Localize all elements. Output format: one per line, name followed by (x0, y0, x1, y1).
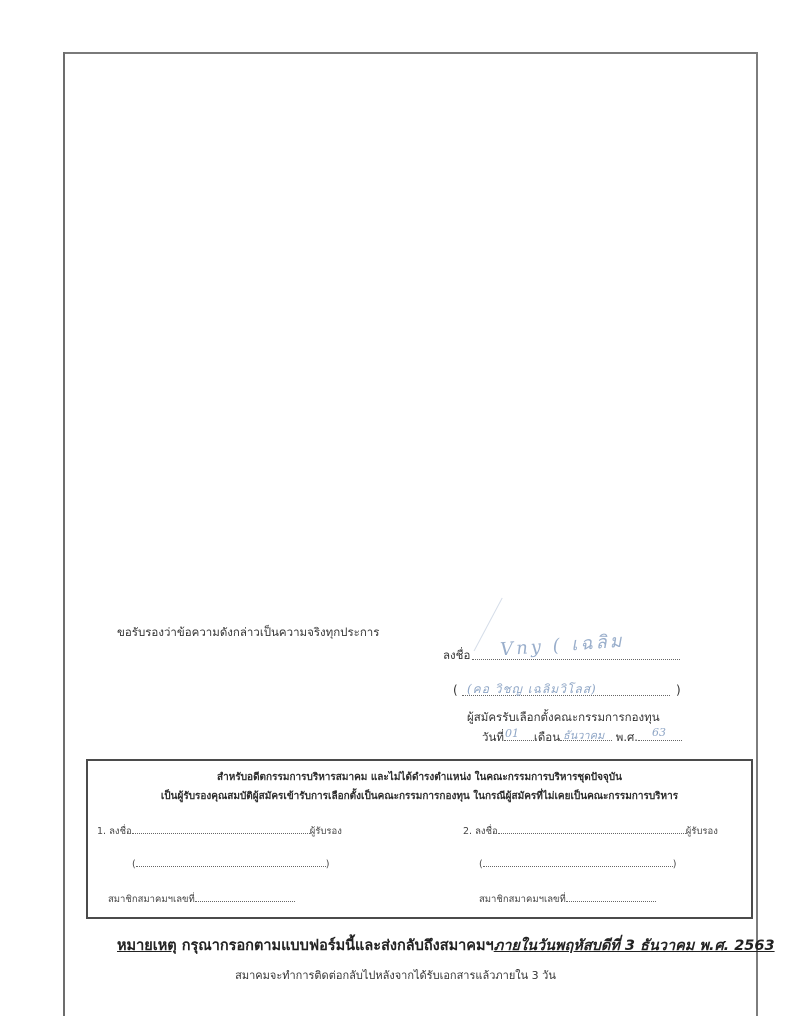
footer-sub-note: สมาคมจะทำการติดต่อกลับไปหลังจากได้รับเอก… (0, 966, 791, 984)
referee-1-name-row: () (132, 857, 329, 870)
referee-1-member-label: สมาชิกสมาคมฯเลขที่ (108, 894, 195, 905)
referee-box-heading-1: สำหรับอดีตกรรมการบริหารสมาคม และไม่ได้ดำ… (88, 770, 751, 785)
referee-2-sign-row: 2. ลงชื่อผู้รับรอง (463, 824, 718, 839)
handwritten-day: 01 (505, 727, 519, 740)
page-frame-right (756, 52, 758, 1016)
referee-1-number: 1. (97, 826, 106, 837)
referee-2-role-label: ผู้รับรอง (686, 826, 718, 837)
referee-2-member-row: สมาชิกสมาคมฯเลขที่ (479, 892, 656, 907)
footer-note: หมายเหตุ กรุณากรอกตามแบบฟอร์มนี้และส่งกล… (117, 934, 775, 957)
note-deadline: ภายในวันพฤหัสบดีที่ 3 ธันวาคม พ.ศ. 2563 (494, 938, 775, 954)
referee-2-name-field[interactable] (483, 857, 673, 867)
month-label: เดือน (534, 730, 560, 744)
handwritten-year: 63 (652, 726, 666, 739)
page-frame-left (63, 52, 65, 1016)
referee-1-signature-field[interactable] (132, 824, 310, 834)
applicant-role: ผู้สมัครรับเลือกตั้งคณะกรรมการกองทุน (467, 709, 660, 727)
referee-1-role-label: ผู้รับรอง (310, 826, 342, 837)
referee-1-member-row: สมาชิกสมาคมฯเลขที่ (108, 892, 295, 907)
paren-open: ( (453, 683, 458, 697)
note-text: กรุณากรอกตามแบบฟอร์มนี้และส่งกลับถึงสมาค… (177, 938, 494, 954)
note-label: หมายเหตุ (117, 938, 177, 954)
referee-1-sign-row: 1. ลงชื่อผู้รับรอง (97, 824, 342, 839)
referee-2-name-row: () (479, 857, 676, 870)
referee-2-member-label: สมาชิกสมาคมฯเลขที่ (479, 894, 566, 905)
referee-2-sign-label: ลงชื่อ (475, 826, 498, 837)
paren-close: ) (673, 859, 677, 870)
certify-statement: ขอรับรองว่าข้อความดังกล่าวเป็นความจริงทุ… (117, 624, 379, 642)
referee-2-number: 2. (463, 826, 472, 837)
referee-1-member-no-field[interactable] (195, 892, 295, 902)
referee-2-signature-field[interactable] (498, 824, 686, 834)
day-label: วันที่ (482, 730, 504, 744)
referee-box-heading-2: เป็นผู้รับรองคุณสมบัติผู้สมัครเข้ารับการ… (88, 789, 751, 804)
year-label: พ.ศ. (616, 730, 638, 744)
applicant-printed-name: (คอ วิชญ เฉลิมวิโลส) (467, 680, 597, 699)
referee-1-sign-label: ลงชื่อ (109, 826, 132, 837)
paren-close: ) (676, 683, 681, 697)
paren-close: ) (326, 859, 330, 870)
signature-line[interactable] (472, 647, 680, 660)
referee-1-name-field[interactable] (136, 857, 326, 867)
referee-box: สำหรับอดีตกรรมการบริหารสมาคม และไม่ได้ดำ… (86, 759, 753, 919)
page-frame-top (63, 52, 758, 54)
handwritten-month: ธันวาคม (563, 726, 604, 744)
sign-label: ลงชื่อ (443, 647, 470, 665)
referee-2-member-no-field[interactable] (566, 892, 656, 902)
